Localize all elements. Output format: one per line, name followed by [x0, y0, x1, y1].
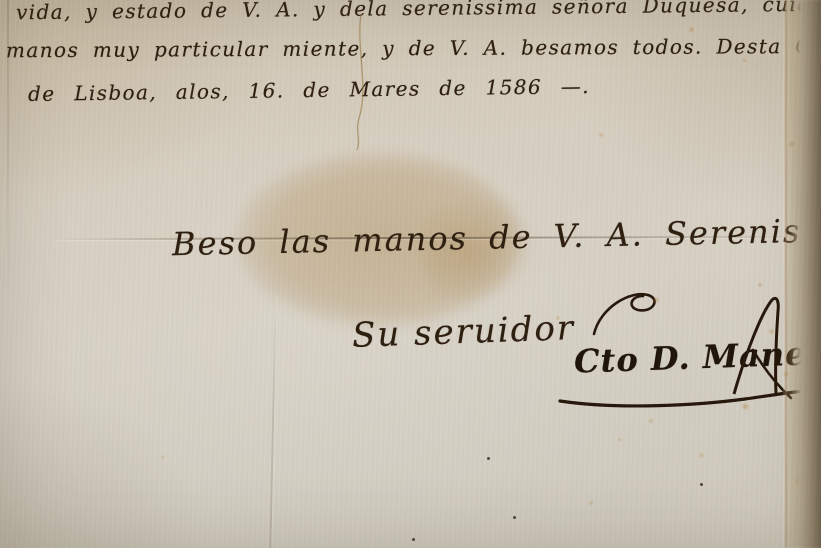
fox-spot — [768, 328, 775, 335]
manuscript-photo: vida, y estado de V. A. y dela serenissi… — [0, 0, 821, 548]
signature-ascender-flourish — [594, 294, 655, 334]
fox-spot — [160, 455, 165, 460]
ink-speck — [487, 457, 490, 460]
fox-spot — [742, 58, 747, 63]
ink-speck — [412, 538, 415, 541]
fox-spot — [757, 282, 763, 288]
fox-spot — [598, 132, 604, 138]
valediction: Su seruidor — [351, 308, 575, 356]
signature-underline — [560, 391, 818, 406]
fox-spot — [95, 90, 101, 96]
fox-spot — [741, 402, 750, 411]
fox-spot — [698, 452, 705, 459]
fox-spot — [648, 418, 654, 424]
bottom-vertical-crease — [269, 295, 276, 548]
letter-line-1: vida, y estado de V. A. y dela serenissi… — [16, 0, 821, 24]
ink-speck — [513, 516, 516, 519]
letter-line-2: manos muy particular miente, y de V. A. … — [6, 34, 821, 63]
ink-speck — [700, 483, 703, 486]
fox-spot — [652, 296, 660, 304]
fox-spot — [688, 26, 695, 33]
fox-spot — [617, 437, 622, 442]
fox-spot — [555, 315, 561, 321]
letter-line-3: de Lisboa, alos, 16. de Mares de 1586 —. — [28, 74, 590, 106]
paper-right-edge — [783, 0, 821, 548]
fox-spot — [588, 500, 594, 506]
